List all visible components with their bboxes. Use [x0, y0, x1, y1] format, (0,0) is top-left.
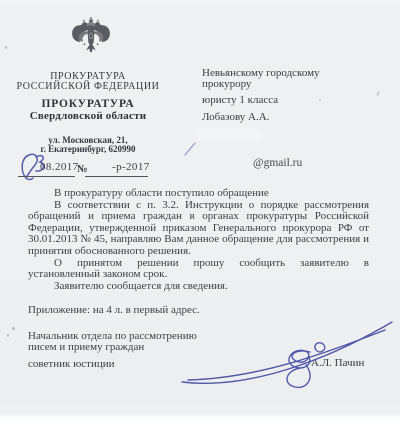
- printed-date: 08.2017: [40, 161, 79, 173]
- letterhead-line-federation: РОССИЙСКОЙ ФЕДЕРАЦИИ: [10, 82, 166, 92]
- scan-artifact-speck: [376, 91, 379, 96]
- body-paragraph-3: О принятом решении прошу сообщить заявит…: [28, 258, 369, 281]
- recipient-email: @gmail.ru: [253, 157, 302, 169]
- letterhead-region-line2: Свердловской области: [10, 111, 166, 122]
- letterhead-region-org: ПРОКУРАТУРА Свердловской области: [10, 99, 166, 122]
- outgoing-number: -р-2017: [112, 161, 150, 173]
- redacted-email-area: [197, 128, 261, 141]
- body-paragraph-4: Заявителю сообщается для сведения.: [28, 281, 369, 293]
- letterhead-country-org: ПРОКУРАТУРА РОССИЙСКОЙ ФЕДЕРАЦИИ: [10, 72, 166, 91]
- letterhead-region-line1: ПРОКУРАТУРА: [10, 99, 166, 111]
- handwritten-signature: [178, 310, 396, 396]
- scan-artifact-speck: [319, 99, 321, 101]
- signer-position: Начальник отдела по рассмотрению писем и…: [28, 331, 197, 354]
- letter-body: В прокуратуру области поступило обращени…: [28, 188, 369, 292]
- number-underline: [85, 176, 148, 177]
- recipient-rank: юристу 1 класса: [202, 95, 278, 107]
- scan-artifact-speck: [5, 46, 7, 49]
- body-paragraph-2: В соответствии с п. 3.2. Инструкции о по…: [28, 200, 369, 258]
- date-underline: [18, 176, 75, 177]
- attachment-note: Приложение: на 4 л. в первый адрес.: [28, 304, 200, 316]
- signer-position-line2: писем и приему граждан: [28, 342, 197, 353]
- pen-check-mark: [183, 141, 197, 156]
- scan-artifact-speck: [7, 334, 9, 337]
- recipient-line2: прокурору: [202, 79, 251, 91]
- scanned-letter-page: ПРОКУРАТУРА РОССИЙСКОЙ ФЕДЕРАЦИИ ПРОКУРА…: [0, 0, 400, 424]
- recipient-name: Лобазову А.А.: [202, 112, 269, 124]
- scan-artifact-speck: [12, 327, 15, 330]
- signer-rank: советник юстиции: [28, 358, 115, 370]
- coat-of-arms-icon: [69, 15, 113, 62]
- body-paragraph-1: В прокуратуру области поступило обращени…: [28, 188, 369, 200]
- number-sign: №: [77, 164, 88, 175]
